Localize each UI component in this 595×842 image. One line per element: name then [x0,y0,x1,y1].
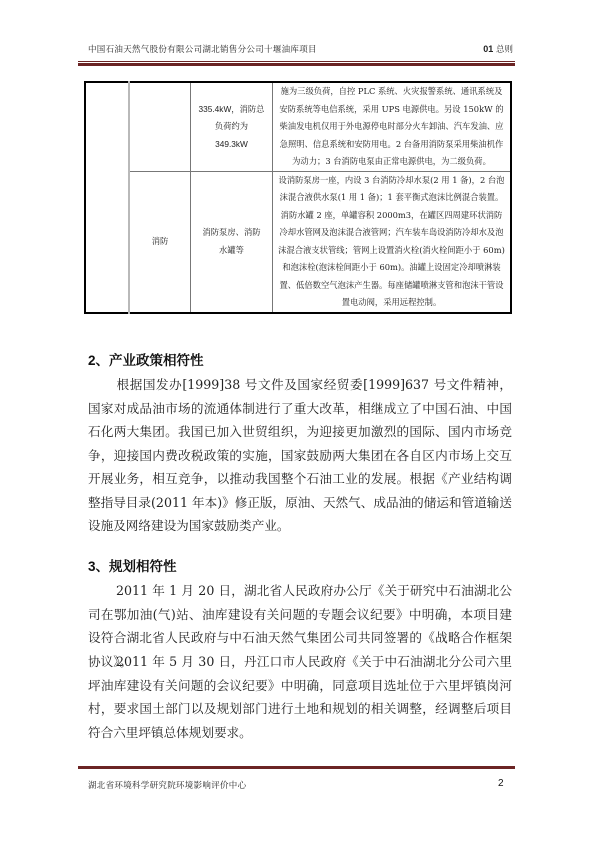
page-header: 中国石油天然气股份有限公司湖北销售分公司十堰油库项目 01 总则 [88,43,513,57]
body-paragraph: 根据国发办[1999]38 号文件及国家经贸委[1999]637 号文件精神，国… [88,373,512,538]
cell-line: 水罐等 [193,242,270,260]
table-cell-col4: 施为三级负荷，自控 PLC 系统、火灾报警系统、通讯系统及安防系统等电信系统，采… [273,82,512,171]
cell-line: 335.4kW，消防总 [193,101,270,119]
spec-table: 335.4kW，消防总 负荷约为 349.3kW 施为三级负荷，自控 PLC 系… [84,81,512,314]
table-cell-col1 [85,82,129,313]
section-label: 总则 [496,45,513,55]
cell-line: 消防泵房、消防 [193,224,270,242]
header-rule-thick [78,63,515,66]
paragraph-text: 2011 年 5 月 30 日，丹江口市人民政府《关于中石油湖北分公司六里坪油库… [88,654,512,740]
table-row: 消防 消防泵房、消防 水罐等 设消防泵房一座，内设 3 台消防冷却水泵(2 用 … [85,171,511,313]
footer-rule [78,766,515,769]
cell-line: 349.3kW [193,136,270,154]
footer-org: 湖北省环境科学研究院环境影响评价中心 [88,779,246,791]
section-number: 01 [483,44,493,54]
section-heading: 3、规划相符性 [88,555,177,575]
table-row: 335.4kW，消防总 负荷约为 349.3kW 施为三级负荷，自控 PLC 系… [85,82,511,171]
table-cell-col4: 设消防泵房一座，内设 3 台消防冷却水泵(2 用 1 备)，2 台泡沫混合液供水… [273,171,512,313]
header-rule-thin [78,61,515,62]
table-cell-col3: 335.4kW，消防总 负荷约为 349.3kW [191,82,273,171]
header-section: 01 总则 [483,43,513,55]
table-cell-col2 [129,82,191,171]
section-heading: 2、产业政策相符性 [88,349,204,369]
cell-line: 负荷约为 [193,118,270,136]
body-paragraph: 2011 年 5 月 30 日，丹江口市人民政府《关于中石油湖北分公司六里坪油库… [88,650,512,744]
table-cell-col3: 消防泵房、消防 水罐等 [191,171,273,313]
table-cell-col2: 消防 [129,171,191,313]
paragraph-text: 根据国发办[1999]38 号文件及国家经贸委[1999]637 号文件精神，国… [88,377,512,533]
page-number: 2 [498,778,504,789]
header-title: 中国石油天然气股份有限公司湖北销售分公司十堰油库项目 [88,43,317,55]
